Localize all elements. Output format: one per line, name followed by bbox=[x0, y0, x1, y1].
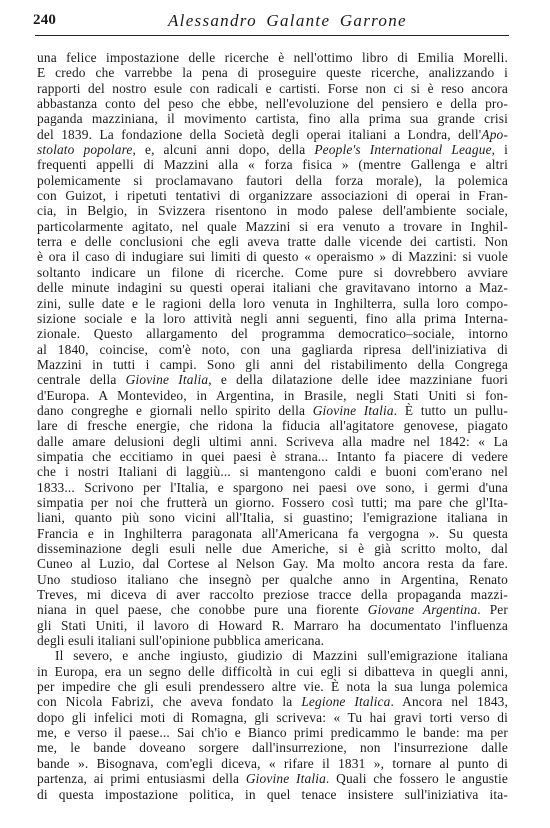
text-segment: una felice impostazione delle ricerche è… bbox=[37, 50, 508, 65]
text-segment: in Europa, era un segno delle difficoltà… bbox=[37, 664, 508, 679]
text-segment: degli esuli italiani sull'opinione pubbl… bbox=[37, 633, 324, 648]
text-segment: E credo che varrebbe la pena di prosegui… bbox=[37, 65, 508, 80]
text-segment: al 1840, coincise, com'è noto, con una g… bbox=[37, 342, 508, 357]
text-segment: Francia e in Inghilterra paragonata all'… bbox=[37, 526, 508, 541]
text-line: Francia e in Inghilterra paragonata all'… bbox=[37, 526, 508, 541]
text-segment: dalle amare delusioni degli ultimi anni.… bbox=[37, 434, 508, 449]
text-segment: Il severo, e anche ingiusto, giudizio di… bbox=[55, 648, 508, 663]
text-segment: . Ancora nel 1843, bbox=[390, 694, 508, 709]
text-line: lare di fresche energie, che ridona la f… bbox=[37, 418, 508, 433]
text-segment: Cuneo al Luzio, dal Cortese al Nelson Ga… bbox=[37, 556, 508, 571]
text-line: dopo gli infelici moti di Romagna, gli s… bbox=[37, 710, 508, 725]
text-line: con Nicola Fabrizi, che aveva fondato la… bbox=[37, 694, 508, 709]
running-title: Alessandro Galante Garrone bbox=[168, 11, 407, 31]
text-segment: liani, quanto più sono vicini all'Italia… bbox=[37, 510, 508, 525]
text-segment: . Per bbox=[477, 602, 508, 617]
body-text: una felice impostazione delle ricerche è… bbox=[37, 50, 508, 802]
text-segment: delle minute indagini su questi operai i… bbox=[37, 280, 508, 295]
italic-text: Apo- bbox=[481, 127, 508, 142]
header-rule bbox=[35, 35, 509, 36]
text-segment: . Quali che fossero le angustie bbox=[326, 771, 508, 786]
text-segment: dopo gli infelici moti di Romagna, gli s… bbox=[37, 710, 508, 725]
text-line: paganda mazziniana, il movimento cartist… bbox=[37, 111, 508, 126]
text-line: dalle amare delusioni degli ultimi anni.… bbox=[37, 434, 508, 449]
text-segment: me, e verso il paese... Sai ch'io e Bian… bbox=[37, 725, 508, 740]
page-header: 240 Alessandro Galante Garrone bbox=[33, 8, 509, 32]
text-line: Cuneo al Luzio, dal Cortese al Nelson Ga… bbox=[37, 556, 508, 571]
text-segment: cia, in Belgio, in Svizzera risentono in… bbox=[37, 203, 508, 218]
text-segment: rapporti del nostro esule con radicali e… bbox=[37, 81, 508, 96]
text-line: bande ». Bisognava, com'egli diceva, « r… bbox=[37, 756, 508, 771]
text-segment: del 1839. La fondazione della Società de… bbox=[37, 127, 481, 142]
text-segment: con Guizot, i ripetuti tentativi di orga… bbox=[37, 188, 508, 203]
text-line: polemicamente si proclamavano fautori de… bbox=[37, 173, 508, 188]
text-line: niana in quel paese, che conobbe pure un… bbox=[37, 602, 508, 617]
text-line: in Europa, era un segno delle difficoltà… bbox=[37, 664, 508, 679]
text-line: d'Europa. A Montevideo, in Argentina, in… bbox=[37, 388, 508, 403]
text-segment: per impedire che gli esuli prendessero a… bbox=[37, 679, 508, 694]
text-line: partenza, ai primi entusiasmi della Giov… bbox=[37, 771, 508, 786]
text-line: centrale della Giovine Italia, e della d… bbox=[37, 372, 508, 387]
italic-text: Giovine Italia bbox=[126, 372, 209, 387]
text-segment: sizione sociale e la loro attività negli… bbox=[37, 311, 508, 326]
text-line: degli esuli italiani sull'opinione pubbl… bbox=[37, 633, 508, 648]
text-line: di questa impostazione politica, in quel… bbox=[37, 787, 508, 802]
text-line: Il severo, e anche ingiusto, giudizio di… bbox=[37, 648, 508, 663]
text-segment: terra e delle conclusioni che egli aveva… bbox=[37, 234, 508, 249]
text-line: simpatia per noi che frutterà un giorno.… bbox=[37, 495, 508, 510]
text-line: al 1840, coincise, com'è noto, con una g… bbox=[37, 342, 508, 357]
text-segment: è ora il caso di indugiare sui limiti di… bbox=[37, 249, 508, 264]
text-line: una felice impostazione delle ricerche è… bbox=[37, 50, 508, 65]
text-segment: che i nostri Italiani di laggiù... si ma… bbox=[37, 464, 508, 479]
text-segment: abbastanza conto del peso che ebbe, nell… bbox=[37, 96, 508, 111]
text-segment: lare di fresche energie, che ridona la f… bbox=[37, 418, 508, 433]
text-segment: , e, alcuni anni dopo, della bbox=[133, 142, 315, 157]
page-number: 240 bbox=[33, 12, 56, 29]
text-segment: simpatia che eccitiamo in quei paesi è s… bbox=[37, 449, 508, 464]
text-segment: soltanto indicare un filone di ricerche.… bbox=[37, 265, 508, 280]
text-line: soltanto indicare un filone di ricerche.… bbox=[37, 265, 508, 280]
text-segment: niana in quel paese, che conobbe pure un… bbox=[37, 602, 368, 617]
text-line: che i nostri Italiani di laggiù... si ma… bbox=[37, 464, 508, 479]
text-segment: centrale della bbox=[37, 372, 126, 387]
text-line: del 1839. La fondazione della Società de… bbox=[37, 127, 508, 142]
italic-text: stolato popolare bbox=[37, 142, 133, 157]
text-segment: zionale. Questo allargamento del program… bbox=[37, 326, 508, 341]
text-line: terra e delle conclusioni che egli aveva… bbox=[37, 234, 508, 249]
text-segment: simpatia per noi che frutterà un giorno.… bbox=[37, 495, 508, 510]
text-segment: partenza, ai primi entusiasmi della bbox=[37, 771, 246, 786]
text-segment: Mazzini in tutti i campi. Sono gli anni … bbox=[37, 357, 508, 372]
text-line: liani, quanto più sono vicini all'Italia… bbox=[37, 510, 508, 525]
italic-text: Legione Italica bbox=[301, 694, 390, 709]
text-line: stolato popolare, e, alcuni anni dopo, d… bbox=[37, 142, 508, 157]
italic-text: Giovine Italia bbox=[246, 771, 326, 786]
text-line: 1833... Scrivono per l'Italia, e spargon… bbox=[37, 480, 508, 495]
text-line: cia, in Belgio, in Svizzera risentono in… bbox=[37, 203, 508, 218]
text-line: frequenti appelli di Mazzini alla « forz… bbox=[37, 157, 508, 172]
text-segment: polemicamente si proclamavano fautori de… bbox=[37, 173, 508, 188]
text-segment: . È tutto un pullu- bbox=[394, 403, 508, 418]
text-segment: paganda mazziniana, il movimento cartist… bbox=[37, 111, 508, 126]
text-segment: particolarmente agitato, nel quale Mazzi… bbox=[37, 219, 508, 234]
text-line: abbastanza conto del peso che ebbe, nell… bbox=[37, 96, 508, 111]
text-segment: Uno studioso italiano che insegnò per qu… bbox=[37, 572, 508, 587]
text-line: per impedire che gli esuli prendessero a… bbox=[37, 679, 508, 694]
text-line: gli Stati Uniti, il lavoro di Howard R. … bbox=[37, 618, 508, 633]
text-line: particolarmente agitato, nel quale Mazzi… bbox=[37, 219, 508, 234]
text-line: dano congreghe e giornali nello spirito … bbox=[37, 403, 508, 418]
text-line: sizione sociale e la loro attività negli… bbox=[37, 311, 508, 326]
text-line: me, e verso il paese... Sai ch'io e Bian… bbox=[37, 725, 508, 740]
text-line: me, le bande doveano sorgere dall'insurr… bbox=[37, 740, 508, 755]
text-line: è ora il caso di indugiare sui limiti di… bbox=[37, 249, 508, 264]
text-line: disseminazione degli esuli nelle due Ame… bbox=[37, 541, 508, 556]
text-segment: d'Europa. A Montevideo, in Argentina, in… bbox=[37, 388, 508, 403]
text-line: Treves, mi diceva di aver raccolto prezi… bbox=[37, 587, 508, 602]
text-segment: , e della dilatazione delle idee mazzini… bbox=[208, 372, 508, 387]
text-segment: gli Stati Uniti, il lavoro di Howard R. … bbox=[37, 618, 508, 633]
text-segment: dano congreghe e giornali nello spirito … bbox=[37, 403, 313, 418]
text-line: con Guizot, i ripetuti tentativi di orga… bbox=[37, 188, 508, 203]
text-segment: con Nicola Fabrizi, che aveva fondato la bbox=[37, 694, 301, 709]
text-segment: di questa impostazione politica, in quel… bbox=[37, 787, 508, 802]
text-line: delle minute indagini su questi operai i… bbox=[37, 280, 508, 295]
text-segment: zini, sulle date e le ragioni della loro… bbox=[37, 296, 508, 311]
text-line: zionale. Questo allargamento del program… bbox=[37, 326, 508, 341]
text-segment: Treves, mi diceva di aver raccolto prezi… bbox=[37, 587, 508, 602]
italic-text: Giovane Argentina bbox=[368, 602, 478, 617]
text-segment: disseminazione degli esuli nelle due Ame… bbox=[37, 541, 508, 556]
text-segment: me, le bande doveano sorgere dall'insurr… bbox=[37, 740, 508, 755]
italic-text: Giovine Italia bbox=[313, 403, 394, 418]
text-line: rapporti del nostro esule con radicali e… bbox=[37, 81, 508, 96]
text-segment: , i bbox=[492, 142, 508, 157]
text-line: zini, sulle date e le ragioni della loro… bbox=[37, 296, 508, 311]
text-line: E credo che varrebbe la pena di prosegui… bbox=[37, 65, 508, 80]
text-line: Mazzini in tutti i campi. Sono gli anni … bbox=[37, 357, 508, 372]
text-segment: frequenti appelli di Mazzini alla « forz… bbox=[37, 157, 508, 172]
text-segment: 1833... Scrivono per l'Italia, e spargon… bbox=[37, 480, 508, 495]
text-segment: bande ». Bisognava, com'egli diceva, « r… bbox=[37, 756, 508, 771]
italic-text: People's International League bbox=[314, 142, 491, 157]
text-line: Uno studioso italiano che insegnò per qu… bbox=[37, 572, 508, 587]
text-line: simpatia che eccitiamo in quei paesi è s… bbox=[37, 449, 508, 464]
